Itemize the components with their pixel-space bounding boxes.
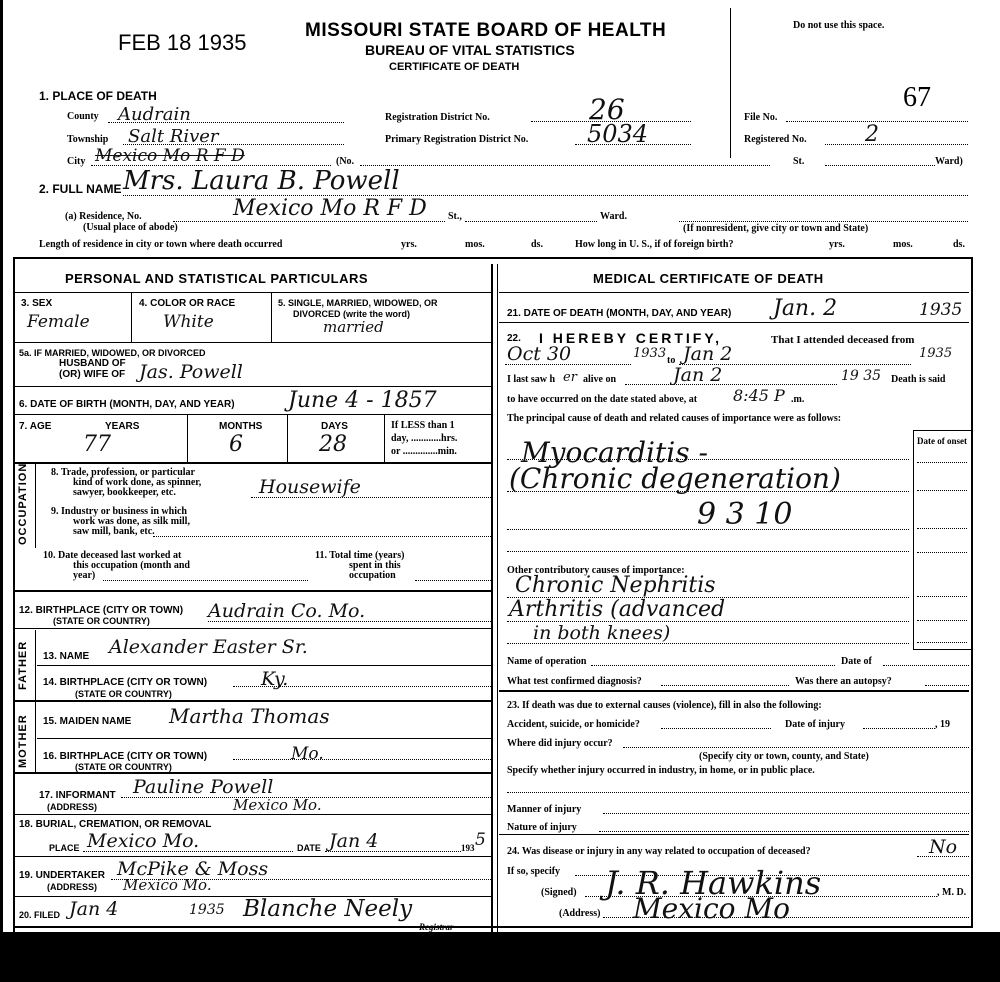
date-of-death-label: 21. DATE OF DEATH (MONTH, DAY, AND YEAR) xyxy=(507,308,731,319)
external-causes-label: 23. If death was due to external causes … xyxy=(507,700,822,711)
last-saw-field[interactable]: Jan 2 xyxy=(625,365,837,385)
age-label: 7. AGE xyxy=(19,421,51,432)
less-than-min: or ..............min. xyxy=(391,446,457,457)
where-injury-note: (Specify city or town, county, and State… xyxy=(699,751,869,762)
onset-line xyxy=(917,596,967,597)
father-birthplace-sublabel: (STATE OR COUNTRY) xyxy=(75,689,172,699)
reserved-note: Do not use this space. xyxy=(793,20,884,31)
rule xyxy=(499,292,969,293)
header-divider xyxy=(730,8,731,158)
rule xyxy=(35,702,36,772)
industry-label3: saw mill, bank, etc. xyxy=(73,526,155,537)
filed-date: Jan 4 xyxy=(69,898,118,920)
father-name-label: 13. NAME xyxy=(43,651,89,662)
dob-value: June 4 - 1857 xyxy=(288,388,437,413)
rule xyxy=(15,772,491,774)
length-mos: mos. xyxy=(465,239,485,250)
manner-injury-field[interactable] xyxy=(603,803,969,814)
death-certificate: FEB 18 1935 MISSOURI STATE BOARD OF HEAL… xyxy=(0,0,1000,932)
rule xyxy=(499,690,969,692)
rule xyxy=(15,414,491,415)
rule xyxy=(15,814,491,815)
onset-line xyxy=(917,642,967,643)
file-no-field[interactable] xyxy=(786,110,968,122)
undertaker-sublabel: (ADDRESS) xyxy=(47,882,97,892)
registered-no-label: Registered No. xyxy=(744,134,807,145)
us-ds: ds. xyxy=(953,239,965,250)
filed-year: 1935 xyxy=(189,902,225,918)
attended-to-field[interactable]: Jan 2 xyxy=(679,343,911,365)
autopsy-label: Was there an autopsy? xyxy=(795,676,892,687)
principal-cause-label: The principal cause of death and related… xyxy=(507,413,841,424)
contributory-line-1[interactable]: Chronic Nephritis xyxy=(507,574,909,598)
rule xyxy=(35,464,36,548)
autopsy-field[interactable] xyxy=(925,675,969,686)
age-days-value: 28 xyxy=(319,432,347,457)
residence-ward-label: Ward. xyxy=(600,211,627,222)
informant-field[interactable]: Pauline Powell xyxy=(121,776,491,798)
specify-location-field[interactable] xyxy=(507,782,969,793)
bottom-rule xyxy=(13,926,973,928)
undertaker-address: Mexico Mo. xyxy=(123,876,212,894)
occurred-time: 8:45 P xyxy=(733,386,785,405)
ward-label: Ward) xyxy=(935,156,963,167)
onset-line xyxy=(917,620,967,621)
residence-ward-field[interactable] xyxy=(465,210,597,222)
last-saw-label2: alive on xyxy=(583,374,616,385)
less-than-day-label: If LESS than 1 xyxy=(391,420,455,431)
registrar-signature: Blanche Neely xyxy=(243,896,412,922)
birthplace-sublabel: (STATE OR COUNTRY) xyxy=(53,616,150,626)
principal-cause-line-3[interactable]: 9 3 10 xyxy=(507,500,909,530)
specify-location-label: Specify whether injury occurred in indus… xyxy=(507,765,815,776)
onset-line xyxy=(917,462,967,463)
rule xyxy=(271,292,272,342)
onset-label: Date of onset xyxy=(917,436,967,446)
onset-line xyxy=(917,552,967,553)
contributory-line-2[interactable]: Arthritis (advanced xyxy=(507,598,909,622)
contributory-line-3[interactable]: in both knees) xyxy=(507,622,909,644)
right-border xyxy=(971,258,973,928)
father-name-value: Alexander Easter Sr. xyxy=(109,636,308,658)
sex-value: Female xyxy=(27,312,90,332)
race-label: 4. COLOR OR RACE xyxy=(139,298,235,309)
informant-sublabel: (ADDRESS) xyxy=(47,802,97,812)
dob-label: 6. DATE OF BIRTH (MONTH, DAY, AND YEAR) xyxy=(19,399,235,410)
last-saw-pronoun: er xyxy=(563,370,577,385)
ward-field[interactable] xyxy=(825,155,935,166)
full-name-field[interactable]: Mrs. Laura B. Powell xyxy=(123,168,968,196)
form-title: MISSOURI STATE BOARD OF HEALTH xyxy=(305,20,666,42)
operation-date-label: Date of xyxy=(841,656,872,667)
injury-date-field[interactable] xyxy=(863,718,935,729)
registration-district-field[interactable]: 26 xyxy=(531,100,691,122)
attended-to-year: 1935 xyxy=(919,346,952,361)
father-birthplace-label: 14. BIRTHPLACE (CITY OR TOWN) xyxy=(43,677,207,688)
length-yrs: yrs. xyxy=(401,239,417,250)
occurred-label: to have occurred on the date stated abov… xyxy=(507,394,697,405)
principal-cause-line-2[interactable]: (Chronic degeneration) xyxy=(507,466,909,492)
last-worked-label3: year) xyxy=(73,570,95,581)
burial-year-value: 5 xyxy=(475,830,486,850)
rule xyxy=(15,590,491,592)
spouse-label2: HUSBAND OF xyxy=(59,358,126,369)
mother-name-value: Martha Thomas xyxy=(169,704,330,728)
received-date-stamp: FEB 18 1935 xyxy=(118,30,246,56)
where-injury-field[interactable] xyxy=(623,737,969,748)
burial-year-prefix: 193 xyxy=(461,843,475,853)
onset-box xyxy=(913,430,971,650)
principal-cause-line-1[interactable]: Myocarditis - xyxy=(507,445,909,460)
accident-field[interactable] xyxy=(661,718,771,729)
physician-address-field[interactable]: Mexico Mo xyxy=(603,898,969,918)
sex-label: 3. SEX xyxy=(21,298,52,309)
less-than-hrs: day, ............hrs. xyxy=(391,433,457,444)
nature-injury-label: Nature of injury xyxy=(507,822,577,833)
rule xyxy=(499,322,969,323)
rule xyxy=(187,414,188,462)
mother-birthplace-sublabel: (STATE OR COUNTRY) xyxy=(75,762,172,772)
trade-field[interactable]: Housewife xyxy=(251,478,491,498)
burial-place-label: PLACE xyxy=(49,843,80,853)
scan-margin xyxy=(0,932,1000,982)
residence-field[interactable]: Mexico Mo R F D xyxy=(173,198,445,222)
street-field[interactable] xyxy=(360,155,770,166)
age-months-value: 6 xyxy=(229,432,243,457)
county-field[interactable]: Audrain xyxy=(108,104,344,123)
years-label: YEARS xyxy=(105,421,139,432)
left-border xyxy=(13,259,15,934)
length-residence-label: Length of residence in city or town wher… xyxy=(39,239,282,250)
burial-date-field[interactable]: Jan 4 xyxy=(325,830,461,852)
header-rule xyxy=(13,257,973,259)
spouse-label3: (OR) WIFE OF xyxy=(59,369,125,380)
rule xyxy=(37,665,491,666)
marital-label: 5. SINGLE, MARRIED, WIDOWED, OR xyxy=(278,298,438,308)
nonresident-note: (If nonresident, give city or town and S… xyxy=(683,223,868,234)
county-label: County xyxy=(67,111,99,122)
date-of-death-year: 1935 xyxy=(919,300,962,320)
months-label: MONTHS xyxy=(219,421,262,432)
rule xyxy=(35,630,36,700)
us-residence-label: How long in U. S., if of foreign birth? xyxy=(575,239,733,250)
primary-registration-field[interactable]: 5034 xyxy=(575,124,691,145)
marital-value: married xyxy=(323,318,384,336)
manner-injury-label: Manner of injury xyxy=(507,804,581,815)
diagnosis-test-label: What test confirmed diagnosis? xyxy=(507,676,642,687)
rule xyxy=(131,292,132,342)
rule xyxy=(15,292,491,293)
burial-date-label: DATE xyxy=(297,843,321,853)
rule xyxy=(15,462,491,464)
form-subtitle: BUREAU OF VITAL STATISTICS xyxy=(365,42,575,58)
death-said-label: Death is said xyxy=(891,374,945,385)
us-yrs: yrs. xyxy=(829,239,845,250)
mother-birthplace-field[interactable]: Mo. xyxy=(233,746,491,760)
rule xyxy=(499,834,969,835)
signed-label: (Signed) xyxy=(541,887,577,898)
spouse-value: Jas. Powell xyxy=(139,361,243,383)
md-label: , M. D. xyxy=(937,887,966,898)
last-saw-year: 19 35 xyxy=(841,368,881,384)
residence-sublabel: (Usual place of abode) xyxy=(83,222,178,233)
spouse-label: 5a. IF MARRIED, WIDOWED, OR DIVORCED xyxy=(19,348,206,358)
attended-from-field[interactable]: Oct 30 xyxy=(505,343,631,365)
registration-district-label: Registration District No. xyxy=(385,112,490,123)
diagnosis-test-field[interactable] xyxy=(661,675,789,686)
residence-label: (a) Residence, No. xyxy=(65,211,142,222)
column-divider-left xyxy=(491,264,493,932)
informant-label: 17. INFORMANT xyxy=(39,790,116,801)
age-years-value: 77 xyxy=(83,432,111,457)
birthplace-label: 12. BIRTHPLACE (CITY OR TOWN) xyxy=(19,605,183,616)
filed-label: 20. FILED xyxy=(19,910,60,920)
operation-label: Name of operation xyxy=(507,656,586,667)
primary-registration-label: Primary Registration District No. xyxy=(385,134,528,145)
father-side-label: FATHER xyxy=(17,641,29,690)
birthplace-field[interactable]: Audrain Co. Mo. xyxy=(208,600,491,622)
mother-side-label: MOTHER xyxy=(17,714,29,768)
file-no-label: File No. xyxy=(744,112,777,123)
township-field[interactable]: Salt River xyxy=(123,126,344,145)
column-divider-right xyxy=(497,264,498,932)
burial-place-field[interactable]: Mexico Mo. xyxy=(83,830,293,852)
trade-label3: sawyer, bookkeeper, etc. xyxy=(73,487,176,498)
personal-section-title: PERSONAL AND STATISTICAL PARTICULARS xyxy=(65,271,368,286)
principal-cause-line-4[interactable] xyxy=(507,538,909,552)
rule xyxy=(15,628,491,629)
industry-field[interactable] xyxy=(153,526,491,537)
medical-section-title: MEDICAL CERTIFICATE OF DEATH xyxy=(593,271,824,286)
mother-name-label: 15. MAIDEN NAME xyxy=(43,716,131,727)
registered-no-field[interactable]: 2 xyxy=(825,126,968,145)
where-injury-label: Where did injury occur? xyxy=(507,738,613,749)
rule xyxy=(15,386,491,387)
form-name: CERTIFICATE OF DEATH xyxy=(389,61,519,73)
accident-label: Accident, suicide, or homicide? xyxy=(507,719,640,730)
undertaker-label: 19. UNDERTAKER xyxy=(19,870,105,881)
operation-date-field[interactable] xyxy=(883,655,969,666)
occupation-related-label: 24. Was disease or injury in any way rel… xyxy=(507,846,811,857)
injury-year-label: , 19 xyxy=(935,719,950,730)
injury-date-label: Date of injury xyxy=(785,719,845,730)
onset-line xyxy=(917,490,967,491)
township-label: Township xyxy=(67,134,108,145)
race-value: White xyxy=(163,312,214,332)
occupation-related-field[interactable]: No xyxy=(917,838,969,857)
length-ds: ds. xyxy=(531,239,543,250)
onset-line xyxy=(917,528,967,529)
residence-st-label: St., xyxy=(448,211,462,222)
days-label: DAYS xyxy=(321,421,348,432)
operation-field[interactable] xyxy=(591,655,835,666)
rule xyxy=(37,738,491,739)
last-saw-label: I last saw h xyxy=(507,374,555,385)
if-so-label: If so, specify xyxy=(507,866,560,877)
mother-birthplace-label: 16. BIRTHPLACE (CITY OR TOWN) xyxy=(43,751,207,762)
informant-address: Mexico Mo. xyxy=(233,796,322,814)
total-time-label3: occupation xyxy=(349,570,396,581)
occurred-m: .m. xyxy=(791,394,804,405)
us-mos: mos. xyxy=(893,239,913,250)
rule xyxy=(15,342,491,343)
last-worked-field[interactable] xyxy=(103,570,308,581)
nature-injury-field[interactable] xyxy=(599,821,969,832)
rule xyxy=(384,414,385,462)
attended-from-year: 1933 xyxy=(633,346,666,361)
date-of-death-value: Jan. 2 xyxy=(773,296,837,321)
rule xyxy=(15,856,491,857)
total-time-field[interactable] xyxy=(415,570,491,581)
rule xyxy=(15,700,491,702)
city-field[interactable]: Mexico Mo R F D xyxy=(91,146,331,166)
st-label: St. xyxy=(793,156,804,167)
father-birthplace-field[interactable]: Ky. xyxy=(233,672,491,687)
rule xyxy=(287,414,288,462)
burial-label: 18. BURIAL, CREMATION, OR REMOVAL xyxy=(19,819,211,830)
occupation-side-label: OCCUPATION xyxy=(17,463,29,545)
address-label: (Address) xyxy=(559,908,600,919)
nonresident-field[interactable] xyxy=(679,210,968,222)
city-label: City xyxy=(67,156,85,167)
full-name-label: 2. FULL NAME xyxy=(39,182,121,196)
place-of-death-label: 1. PLACE OF DEATH xyxy=(39,89,157,103)
